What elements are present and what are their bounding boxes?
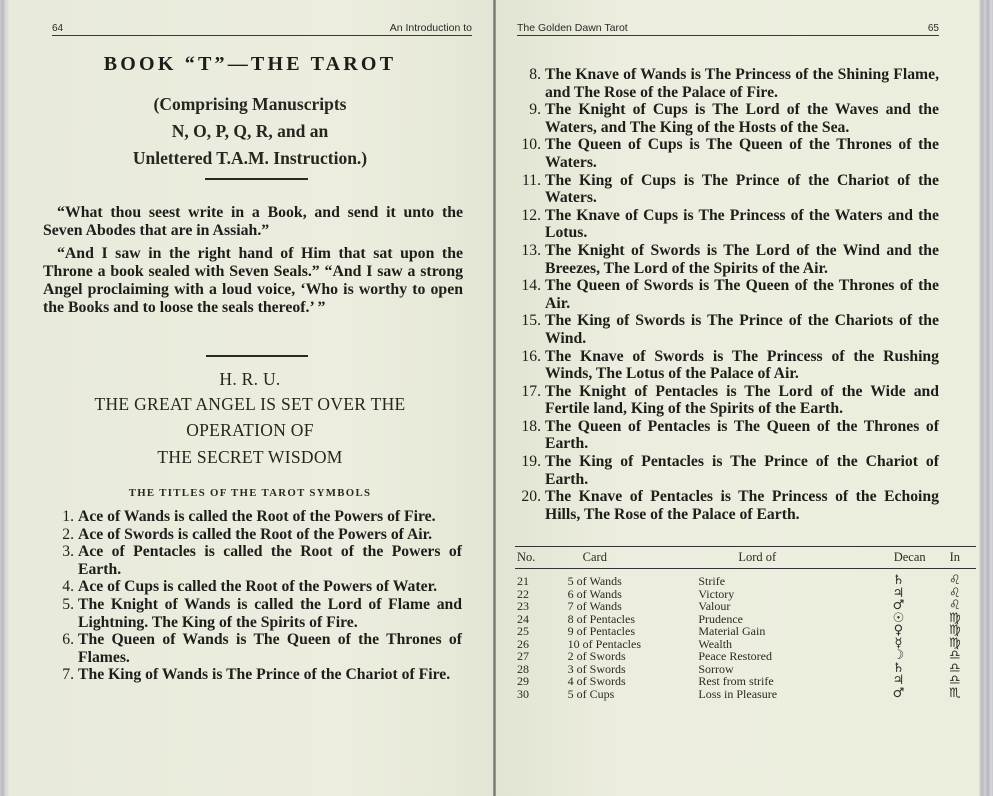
item-number: 20.	[517, 488, 541, 506]
item-number: 19.	[517, 453, 541, 471]
saturn-icon: ♄	[863, 569, 933, 588]
cell-lord: Loss in Pleasure	[698, 688, 863, 701]
cell-lord: Valour	[698, 600, 863, 613]
item-number: 9.	[517, 101, 541, 119]
column-header-lord: Lord of	[698, 547, 863, 569]
page-number: 64	[52, 23, 63, 34]
item-number: 3.	[50, 543, 74, 561]
hru-heading: OPERATION OF	[0, 420, 500, 441]
table-row: 21 5 of Wands Strife ♄ ♌	[515, 569, 976, 588]
item-number: 7.	[50, 666, 74, 684]
list-item: 15.The King of Swords is The Prince of t…	[545, 312, 939, 347]
cell-lord: Rest from strife	[698, 675, 863, 688]
table-row: 30 5 of Cups Loss in Pleasure ♂ ♏	[515, 688, 976, 701]
list-item: 11.The King of Cups is The Prince of the…	[545, 172, 939, 207]
list-item: 13.The Knight of Swords is The Lord of t…	[545, 242, 939, 277]
chapter-title: BOOK “T”—THE TAROT	[0, 53, 500, 76]
table-row: 27 2 of Swords Peace Restored ☽ ♎	[515, 650, 976, 663]
item-number: 2.	[50, 526, 74, 544]
subtitle-line: Unlettered T.A.M. Instruction.)	[0, 145, 500, 172]
item-text: The Knave of Wands is The Princess of th…	[545, 66, 939, 101]
running-head-text: An Introduction to	[390, 22, 472, 34]
cell-card: 5 of Cups	[553, 688, 699, 701]
epigraph-quote: “What thou seest write in a Book, and se…	[43, 204, 463, 240]
item-number: 5.	[50, 596, 74, 614]
table-row: 25 9 of Pentacles Material Gain ♀ ♍	[515, 625, 976, 638]
quote-text: “And I saw in the right hand of Him that…	[43, 245, 463, 316]
item-text: The King of Cups is The Prince of the Ch…	[545, 172, 939, 207]
item-text: The King of Swords is The Prince of the …	[545, 312, 939, 347]
list-item: 12.The Knave of Cups is The Princess of …	[545, 207, 939, 242]
item-number: 14.	[517, 277, 541, 295]
item-text: The Queen of Wands is The Queen of the T…	[78, 631, 462, 666]
item-number: 11.	[517, 172, 541, 190]
cell-no: 21	[515, 569, 553, 588]
scorpio-icon: ♏	[934, 688, 976, 701]
cell-card: 2 of Swords	[553, 650, 699, 663]
quote-text: “What thou seest write in a Book, and se…	[43, 204, 463, 239]
item-number: 4.	[50, 578, 74, 596]
item-number: 10.	[517, 136, 541, 154]
item-text: The Knave of Swords is The Princess of t…	[545, 348, 939, 383]
item-text: The Knight of Wands is called the Lord o…	[78, 596, 462, 631]
hru-heading: THE GREAT ANGEL IS SET OVER THE	[0, 394, 500, 415]
table-row: 29 4 of Swords Rest from strife ♃ ♎	[515, 675, 976, 688]
cell-lord: Material Gain	[698, 625, 863, 638]
page-stack-edge-right	[979, 0, 993, 796]
list-item: 16.The Knave of Swords is The Princess o…	[545, 348, 939, 383]
section-divider	[205, 178, 308, 180]
item-number: 13.	[517, 242, 541, 260]
decan-table: No. Card Lord of Decan In 21 5 of Wands …	[515, 546, 976, 700]
item-number: 15.	[517, 312, 541, 330]
item-number: 1.	[50, 508, 74, 526]
item-text: The Knight of Swords is The Lord of the …	[545, 242, 939, 277]
list-item: 3.Ace of Pentacles is called the Root of…	[78, 543, 462, 578]
item-text: Ace of Pentacles is called the Root of t…	[78, 543, 462, 578]
titles-list-right: 8.The Knave of Wands is The Princess of …	[545, 66, 939, 523]
item-text: The King of Pentacles is The Prince of t…	[545, 453, 939, 488]
section-divider	[206, 355, 308, 357]
column-header-card: Card	[553, 547, 699, 569]
item-number: 6.	[50, 631, 74, 649]
list-item: 6.The Queen of Wands is The Queen of the…	[78, 631, 462, 666]
hru-heading: THE SECRET WISDOM	[0, 447, 500, 468]
cell-no: 25	[515, 625, 553, 638]
item-number: 8.	[517, 66, 541, 84]
table-header-row: No. Card Lord of Decan In	[515, 547, 976, 569]
list-item: 7.The King of Wands is The Prince of the…	[78, 666, 462, 684]
subtitle-line: N, O, P, Q, R, and an	[0, 118, 500, 145]
table-row: 23 7 of Wands Valour ♂ ♌	[515, 600, 976, 613]
running-head-right: The Golden Dawn Tarot 65	[517, 20, 939, 36]
list-item: 4.Ace of Cups is called the Root of the …	[78, 578, 462, 596]
cell-card: 9 of Pentacles	[553, 625, 699, 638]
list-item: 17.The Knight of Pentacles is The Lord o…	[545, 383, 939, 418]
list-item: 9.The Knight of Cups is The Lord of the …	[545, 101, 939, 136]
item-text: Ace of Swords is called the Root of the …	[78, 526, 432, 543]
list-item: 19.The King of Pentacles is The Prince o…	[545, 453, 939, 488]
column-header-decan: Decan	[863, 547, 933, 569]
cell-no: 27	[515, 650, 553, 663]
running-head-left: 64 An Introduction to	[52, 20, 472, 36]
column-header-no: No.	[515, 547, 553, 569]
titles-list-left: 1.Ace of Wands is called the Root of the…	[78, 508, 462, 684]
item-text: The Knave of Cups is The Princess of the…	[545, 207, 939, 242]
running-head-text: The Golden Dawn Tarot	[517, 22, 628, 34]
cell-lord: Strife	[698, 569, 863, 588]
item-text: The Queen of Pentacles is The Queen of t…	[545, 418, 939, 453]
item-number: 17.	[517, 383, 541, 401]
cell-lord: Peace Restored	[698, 650, 863, 663]
item-text: The Queen of Cups is The Queen of the Th…	[545, 136, 939, 171]
item-text: Ace of Wands is called the Root of the P…	[78, 508, 436, 525]
cell-card: 5 of Wands	[553, 569, 699, 588]
item-number: 18.	[517, 418, 541, 436]
list-item: 18.The Queen of Pentacles is The Queen o…	[545, 418, 939, 453]
list-item: 14.The Queen of Swords is The Queen of t…	[545, 277, 939, 312]
item-number: 12.	[517, 207, 541, 225]
leo-icon: ♌	[934, 569, 976, 588]
cell-card: 7 of Wands	[553, 600, 699, 613]
list-item: 5.The Knight of Wands is called the Lord…	[78, 596, 462, 631]
item-text: The Knave of Pentacles is The Princess o…	[545, 488, 939, 523]
page-number: 65	[928, 23, 939, 34]
cell-no: 30	[515, 688, 553, 701]
item-text: The Knight of Cups is The Lord of the Wa…	[545, 101, 939, 136]
chapter-subtitle: (Comprising Manuscripts N, O, P, Q, R, a…	[0, 91, 500, 172]
item-text: The King of Wands is The Prince of the C…	[78, 666, 450, 683]
item-text: The Queen of Swords is The Queen of the …	[545, 277, 939, 312]
item-number: 16.	[517, 348, 541, 366]
item-text: The Knight of Pentacles is The Lord of t…	[545, 383, 939, 418]
mars-icon: ♂	[863, 688, 933, 701]
epigraph-quote: “And I saw in the right hand of Him that…	[43, 245, 463, 317]
cell-no: 29	[515, 675, 553, 688]
list-item: 2.Ace of Swords is called the Root of th…	[78, 526, 462, 544]
item-text: Ace of Cups is called the Root of the Po…	[78, 578, 437, 595]
cell-no: 23	[515, 600, 553, 613]
cell-card: 4 of Swords	[553, 675, 699, 688]
list-item: 20.The Knave of Pentacles is The Princes…	[545, 488, 939, 523]
subtitle-line: (Comprising Manuscripts	[0, 91, 500, 118]
list-item: 10.The Queen of Cups is The Queen of the…	[545, 136, 939, 171]
hru-heading: H. R. U.	[0, 369, 500, 390]
list-item: 1.Ace of Wands is called the Root of the…	[78, 508, 462, 526]
list-item: 8.The Knave of Wands is The Princess of …	[545, 66, 939, 101]
column-header-in: In	[934, 547, 976, 569]
section-heading: THE TITLES OF THE TAROT SYMBOLS	[0, 487, 500, 499]
